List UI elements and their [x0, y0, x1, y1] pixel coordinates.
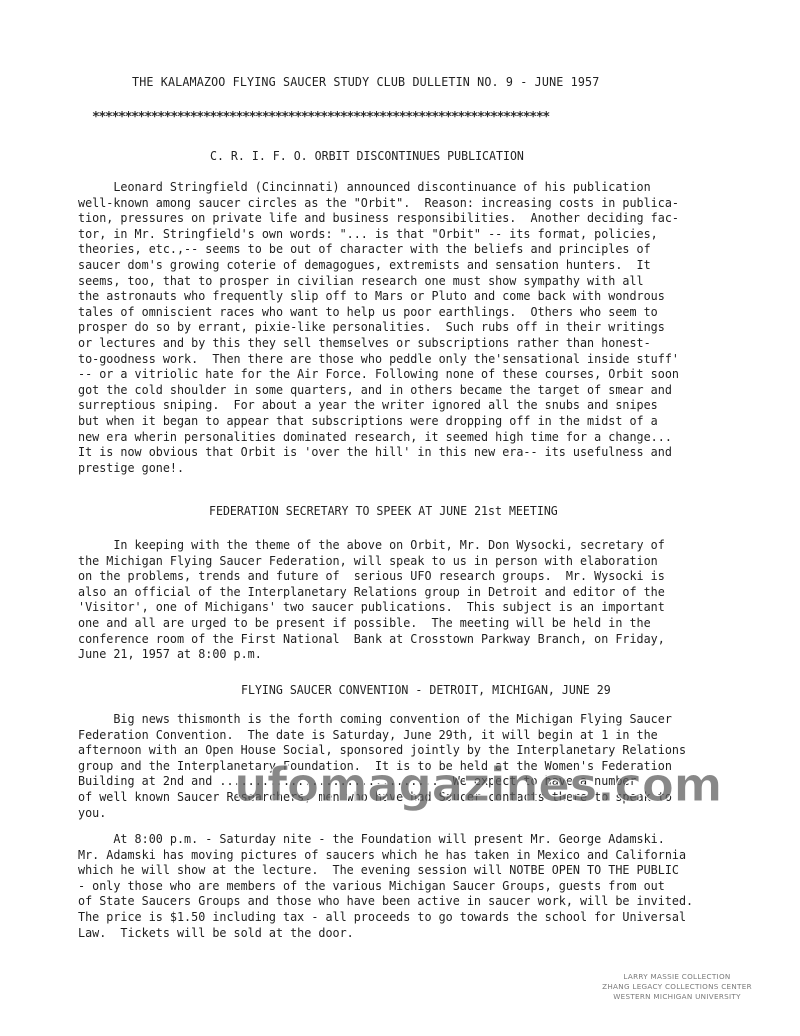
text-line: also an official of the Interplanetary R…: [78, 585, 766, 601]
text-line: saucer dom's growing coterie of demagogu…: [78, 258, 766, 274]
archive-stamp-line: ZHANG LEGACY COLLECTIONS CENTER: [582, 982, 772, 992]
text-line: got the cold shoulder in some quarters, …: [78, 383, 766, 399]
article-heading-federation-secretary: FEDERATION SECRETARY TO SPEEK AT JUNE 21…: [209, 503, 558, 518]
article-body-orbit: Leonard Stringfield (Cincinnati) announc…: [78, 180, 798, 476]
archive-stamp: LARRY MASSIE COLLECTION ZHANG LEGACY COL…: [582, 972, 772, 1002]
text-line: Leonard Stringfield (Cincinnati) announc…: [78, 180, 766, 196]
archive-stamp-line: WESTERN MICHIGAN UNIVERSITY: [582, 992, 772, 1002]
text-line: surreptious sniping. For about a year th…: [78, 398, 766, 414]
text-line: Mr. Adamski has moving pictures of sauce…: [78, 848, 766, 864]
text-line: or lectures and by this they sell themse…: [78, 336, 766, 352]
text-line: -- or a vitriolic hate for the Air Force…: [78, 367, 766, 383]
text-line: the Michigan Flying Saucer Federation, w…: [78, 554, 766, 570]
archive-stamp-line: LARRY MASSIE COLLECTION: [582, 972, 772, 982]
text-line: At 8:00 p.m. - Saturday nite - the Found…: [78, 832, 766, 848]
text-line: on the problems, trends and future of se…: [78, 569, 766, 585]
text-line: In keeping with the theme of the above o…: [78, 538, 766, 554]
text-line: well-known among saucer circles as the "…: [78, 196, 766, 212]
text-line: Big news thismonth is the forth coming c…: [78, 712, 766, 728]
text-line: which he will show at the lecture. The e…: [78, 863, 766, 879]
text-line: It is now obvious that Orbit is 'over th…: [78, 445, 766, 461]
text-line: prestige gone!.: [78, 461, 766, 477]
text-line: afternoon with an Open House Social, spo…: [78, 743, 766, 759]
article-body-convention-evening: At 8:00 p.m. - Saturday nite - the Found…: [78, 832, 798, 941]
site-watermark: ufomagazines.com: [234, 758, 722, 813]
article-heading-convention: FLYING SAUCER CONVENTION - DETROIT, MICH…: [241, 682, 611, 697]
text-line: of State Saucers Groups and those who ha…: [78, 894, 766, 910]
text-line: theories, etc.,-- seems to be out of cha…: [78, 242, 766, 258]
text-line: The price is $1.50 including tax - all p…: [78, 910, 766, 926]
text-line: tales of omniscient races who want to he…: [78, 305, 766, 321]
asterisk-divider: ****************************************…: [92, 110, 772, 125]
text-line: the astronauts who frequently slip off t…: [78, 289, 766, 305]
text-line: conference room of the First National Ba…: [78, 632, 766, 648]
text-line: Federation Convention. The date is Satur…: [78, 728, 766, 744]
text-line: tion, pressures on private life and busi…: [78, 211, 766, 227]
text-line: seems, too, that to prosper in civilian …: [78, 274, 766, 290]
text-line: one and all are urged to be present if p…: [78, 616, 766, 632]
text-line: new era wherin personalities dominated r…: [78, 430, 766, 446]
text-line: Law. Tickets will be sold at the door.: [78, 926, 766, 942]
text-line: to-goodness work. Then there are those w…: [78, 352, 766, 368]
text-line: June 21, 1957 at 8:00 p.m.: [78, 647, 766, 663]
text-line: - only those who are members of the vari…: [78, 879, 766, 895]
text-line: but when it began to appear that subscri…: [78, 414, 766, 430]
text-line: tor, in Mr. Stringfield's own words: "..…: [78, 227, 766, 243]
article-heading-orbit: C. R. I. F. O. ORBIT DISCONTINUES PUBLIC…: [210, 148, 524, 163]
bulletin-page: THE KALAMAZOO FLYING SAUCER STUDY CLUB D…: [0, 0, 800, 1036]
text-line: 'Visitor', one of Michigans' two saucer …: [78, 600, 766, 616]
text-line: prosper do so by errant, pixie-like pers…: [78, 320, 766, 336]
bulletin-masthead: THE KALAMAZOO FLYING SAUCER STUDY CLUB D…: [132, 74, 653, 89]
article-body-federation-secretary: In keeping with the theme of the above o…: [78, 538, 798, 663]
